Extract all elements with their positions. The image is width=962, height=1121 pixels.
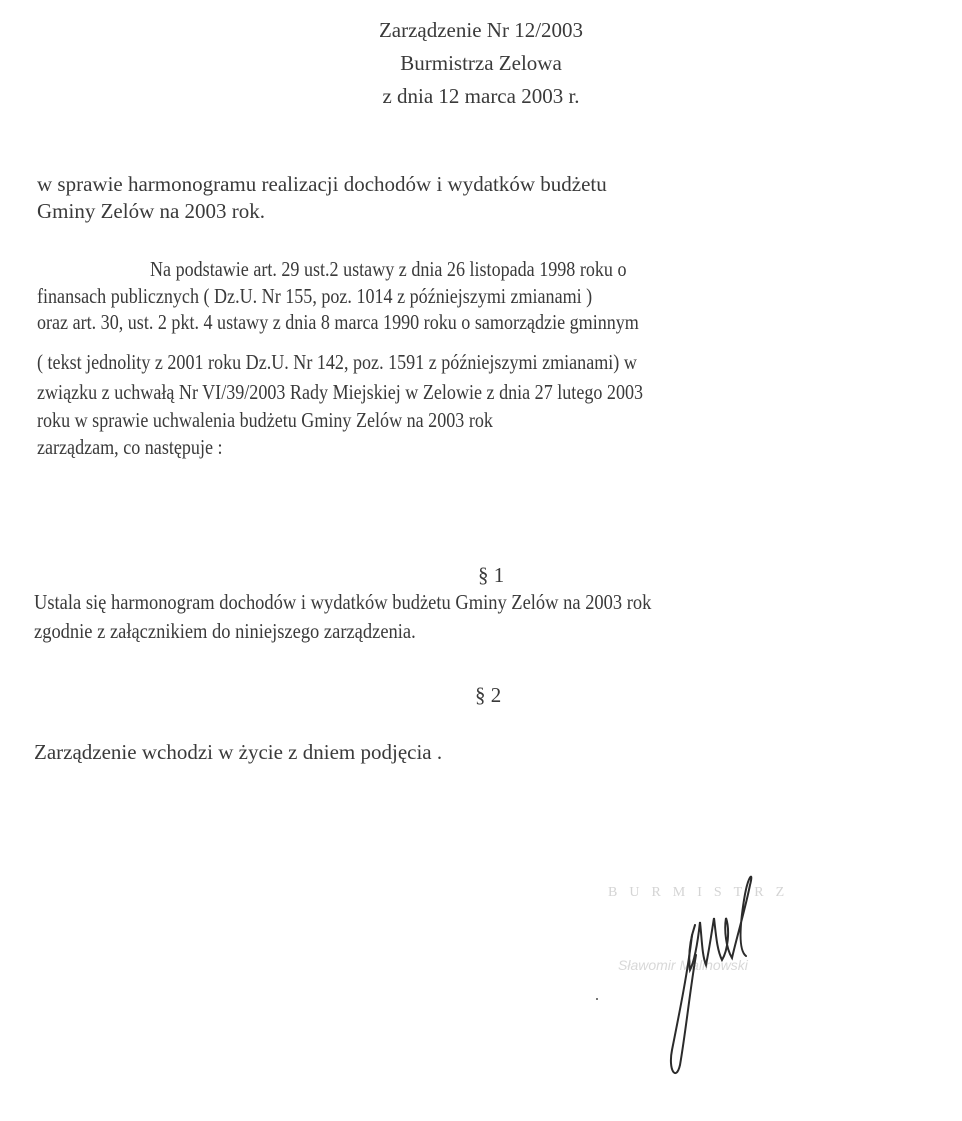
section-line: Zarządzenie wchodzi w życie z dniem podj… xyxy=(34,740,442,764)
preamble-line: związku z uchwałą Nr VI/39/2003 Rady Mie… xyxy=(37,380,643,404)
section-line: zgodnie z załącznikiem do niniejszego za… xyxy=(34,619,416,643)
preamble-line: ( tekst jednolity z 2001 roku Dz.U. Nr 1… xyxy=(37,350,637,374)
section-line: Ustala się harmonogram dochodów i wydatk… xyxy=(34,590,651,614)
title-line-3: z dnia 12 marca 2003 r. xyxy=(0,84,962,108)
subject-line-1: w sprawie harmonogramu realizacji dochod… xyxy=(37,172,607,196)
preamble-line: roku w sprawie uchwalenia budżetu Gminy … xyxy=(37,408,493,432)
section-heading: § 1 xyxy=(478,563,504,587)
subject-line-2: Gminy Zelów na 2003 rok. xyxy=(37,199,265,223)
preamble-line: Na podstawie art. 29 ust.2 ustawy z dnia… xyxy=(150,257,627,281)
preamble-line: finansach publicznych ( Dz.U. Nr 155, po… xyxy=(37,284,592,308)
preamble-line: zarządzam, co następuje : xyxy=(37,435,223,459)
title-line-2: Burmistrza Zelowa xyxy=(0,51,962,75)
handwritten-signature-icon xyxy=(640,860,790,1085)
title-line-1: Zarządzenie Nr 12/2003 xyxy=(0,18,962,42)
ink-dot xyxy=(596,998,598,1000)
preamble-line: oraz art. 30, ust. 2 pkt. 4 ustawy z dni… xyxy=(37,310,639,334)
section-heading: § 2 xyxy=(475,683,501,707)
